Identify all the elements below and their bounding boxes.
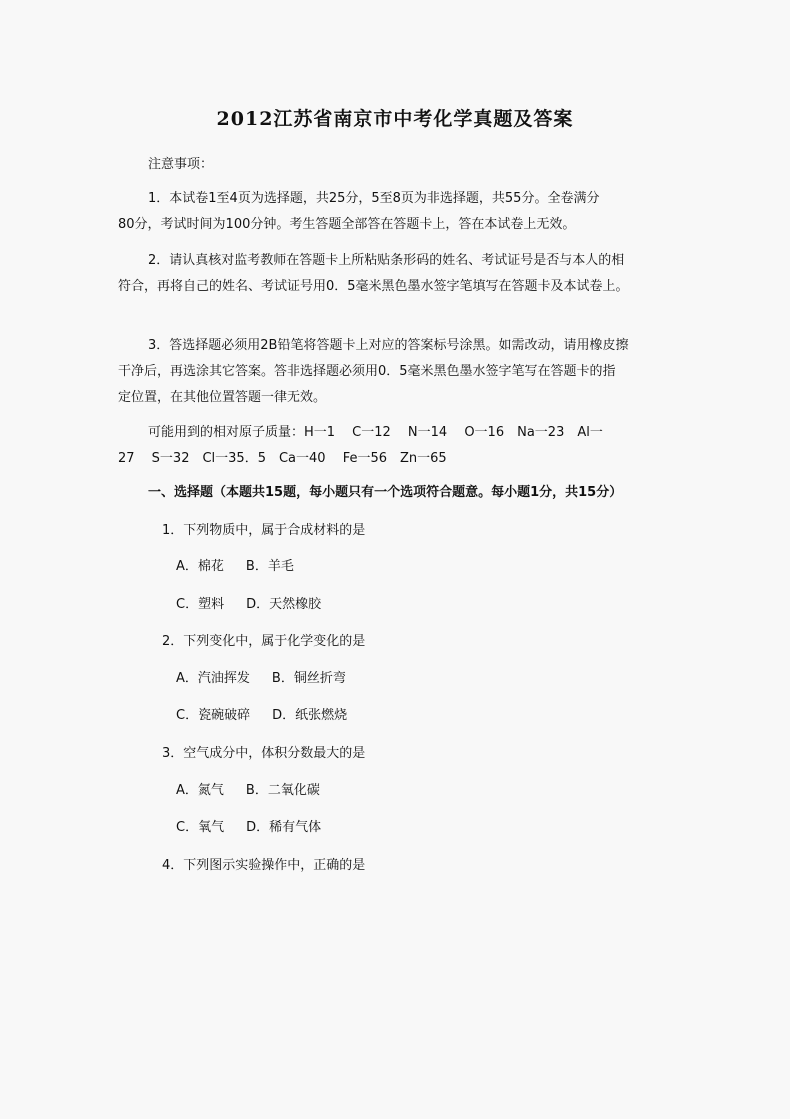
question-2-options-row-1: A．汽油挥发B．铜丝折弯: [176, 668, 346, 690]
question-4-stem: 4．下列图示实验操作中，正确的是: [162, 855, 365, 877]
question-2-stem: 2．下列变化中，属于化学变化的是: [162, 631, 365, 653]
question-1-options-row-2: C．塑料D．天然橡胶: [176, 594, 321, 616]
atomic-masses: 可能用到的相对原子质量：H一1 C一12 N一14 O一16 Na一23 Al一…: [118, 420, 678, 472]
question-3-stem: 3．空气成分中，体积分数最大的是: [162, 743, 365, 765]
option-c: C．塑料: [176, 597, 224, 612]
option-b: B．铜丝折弯: [272, 671, 346, 686]
section-heading: 一、选择题（本题共15题，每小题只有一个选项符合题意。每小题1分，共15分）: [148, 482, 622, 504]
question-3-options-row-1: A．氮气B．二氧化碳: [176, 780, 320, 802]
option-d: D．天然橡胶: [246, 597, 321, 612]
notice-heading: 注意事项：: [118, 152, 678, 178]
note-3: 3．答选择题必须用2B铅笔将答题卡上对应的答案标号涂黑。如需改动，请用橡皮擦 干…: [118, 333, 678, 411]
question-1-options-row-1: A．棉花B．羊毛: [176, 556, 294, 578]
document-title: 2012江苏省南京市中考化学真题及答案: [0, 104, 790, 131]
note-2: 2．请认真核对监考教师在答题卡上所粘贴条形码的姓名、考试证号是否与本人的相 符合…: [118, 248, 678, 300]
option-a: A．棉花: [176, 559, 224, 574]
option-b: B．二氧化碳: [246, 783, 320, 798]
option-d: D．稀有气体: [246, 820, 321, 835]
question-2-options-row-2: C．瓷碗破碎D．纸张燃烧: [176, 705, 347, 727]
option-a: A．氮气: [176, 783, 224, 798]
note-1: 1．本试卷1至4页为选择题，共25分，5至8页为非选择题，共55分。全卷满分 8…: [118, 186, 678, 238]
option-c: C．氧气: [176, 820, 224, 835]
option-d: D．纸张燃烧: [272, 708, 347, 723]
option-c: C．瓷碗破碎: [176, 708, 250, 723]
option-b: B．羊毛: [246, 559, 294, 574]
question-1-stem: 1．下列物质中，属于合成材料的是: [162, 520, 365, 542]
option-a: A．汽油挥发: [176, 671, 250, 686]
question-3-options-row-2: C．氧气D．稀有气体: [176, 817, 321, 839]
document-page: 2012江苏省南京市中考化学真题及答案 注意事项： 1．本试卷1至4页为选择题，…: [0, 0, 790, 1119]
